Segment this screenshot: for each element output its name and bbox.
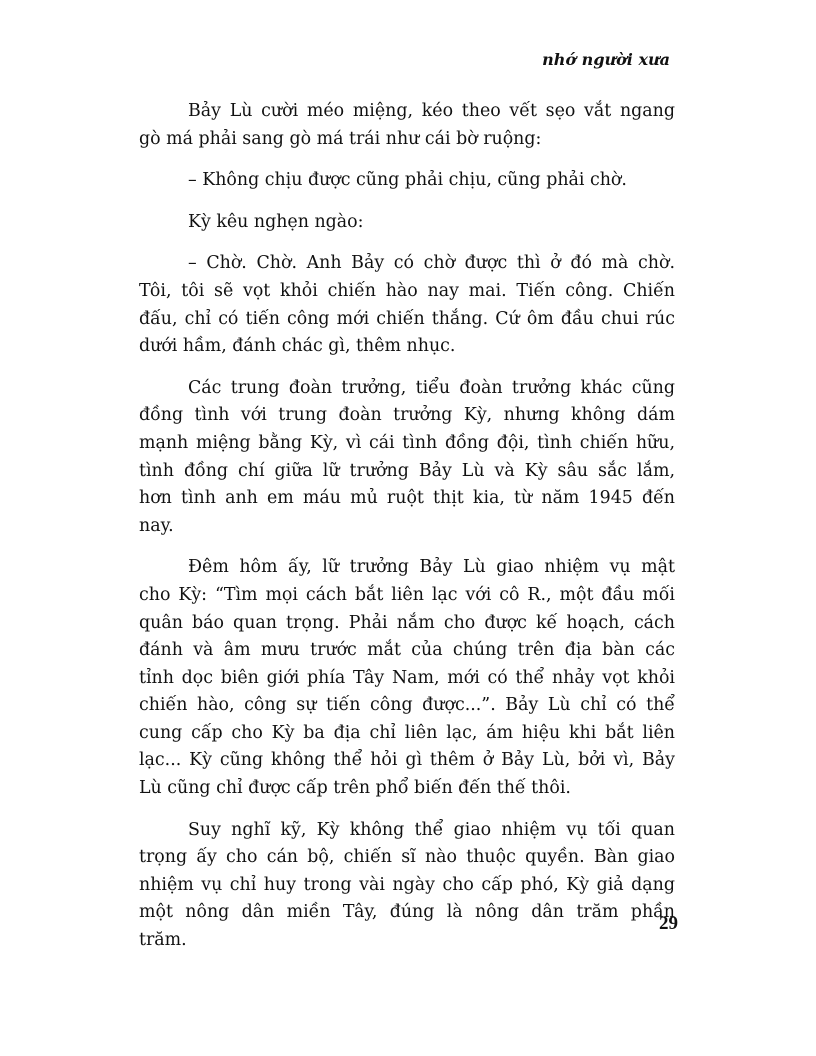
dialogue-paragraph: – Chờ. Chờ. Anh Bảy có chờ được thì ở đó… (139, 250, 675, 360)
text-line: Đêm hôm ấy, lữ trưởng Bảy Lù giao nhiệm … (139, 554, 675, 582)
text-line: trăm. (139, 927, 675, 955)
text-line: một nông dân miền Tây, đúng là nông dân … (139, 899, 675, 927)
text-line: Tôi, tôi sẽ vọt khỏi chiến hào nay mai. … (139, 278, 675, 306)
text-line: trọng ấy cho cán bộ, chiến sĩ nào thuộc … (139, 844, 675, 872)
text-line: Các trung đoàn trưởng, tiểu đoàn trưởng … (139, 375, 675, 403)
paragraph: Đêm hôm ấy, lữ trưởng Bảy Lù giao nhiệm … (139, 554, 675, 802)
text-line: Suy nghĩ kỹ, Kỳ không thể giao nhiệm vụ … (139, 817, 675, 845)
text-line: Bảy Lù cười méo miệng, kéo theo vết sẹo … (139, 98, 675, 126)
text-line: cho Kỳ: “Tìm mọi cách bắt liên lạc với c… (139, 582, 675, 610)
running-header: nhớ người xưa (540, 50, 670, 69)
text-line: chiến hào, công sự tiến công được...”. B… (139, 692, 675, 720)
dialogue-paragraph: – Không chịu được cũng phải chịu, cũng p… (139, 167, 675, 195)
text-line: cung cấp cho Kỳ ba địa chỉ liên lạc, ám … (139, 720, 675, 748)
text-line: quân báo quan trọng. Phải nắm cho được k… (139, 610, 675, 638)
text-line: đánh và âm mưu trước mắt của chúng trên … (139, 637, 675, 665)
text-line: Lù cũng chỉ được cấp trên phổ biến đến t… (139, 775, 675, 803)
text-line: đấu, chỉ có tiến công mới chiến thắng. C… (139, 306, 675, 334)
text-line: hơn tình anh em máu mủ ruột thịt kia, từ… (139, 485, 675, 513)
paragraph: Suy nghĩ kỹ, Kỳ không thể giao nhiệm vụ … (139, 817, 675, 955)
body-text: Bảy Lù cười méo miệng, kéo theo vết sẹo … (139, 98, 675, 969)
text-line: tình đồng chí giữa lữ trưởng Bảy Lù và K… (139, 458, 675, 486)
text-line: gò má phải sang gò má trái như cái bờ ru… (139, 126, 675, 154)
text-line: lạc... Kỳ cũng không thể hỏi gì thêm ở B… (139, 747, 675, 775)
text-line: Kỳ kêu nghẹn ngào: (139, 209, 675, 237)
text-line: đồng tình với trung đoàn trưởng Kỳ, nhưn… (139, 402, 675, 430)
text-line: nhiệm vụ chỉ huy trong vài ngày cho cấp … (139, 872, 675, 900)
text-line: – Chờ. Chờ. Anh Bảy có chờ được thì ở đó… (139, 250, 675, 278)
text-line: – Không chịu được cũng phải chịu, cũng p… (139, 167, 675, 195)
text-line: nay. (139, 513, 675, 541)
text-line: mạnh miệng bằng Kỳ, vì cái tình đồng đội… (139, 430, 675, 458)
text-line: tỉnh dọc biên giới phía Tây Nam, mới có … (139, 665, 675, 693)
paragraph: Bảy Lù cười méo miệng, kéo theo vết sẹo … (139, 98, 675, 153)
paragraph: Kỳ kêu nghẹn ngào: (139, 209, 675, 237)
paragraph: Các trung đoàn trưởng, tiểu đoàn trưởng … (139, 375, 675, 541)
text-line: dưới hầm, đánh chác gì, thêm nhục. (139, 333, 675, 361)
book-page: nhớ người xưa Bảy Lù cười méo miệng, kéo… (0, 0, 816, 1056)
page-number: 29 (620, 913, 678, 935)
